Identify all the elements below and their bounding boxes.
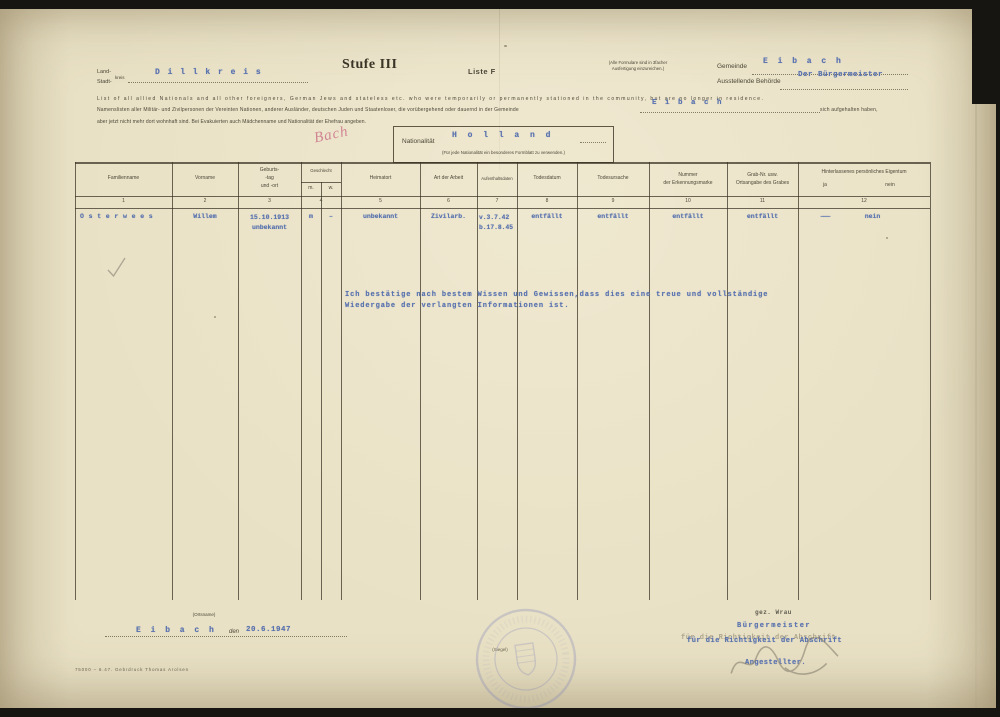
cell-birth-date: 15.10.1913 <box>238 213 301 223</box>
intro-line3-german: aber jetzt nicht mehr dort wohnhaft sind… <box>97 119 366 125</box>
col-header-geburt-l3: und -ort <box>238 182 301 190</box>
certification-line1: Ich bestätige nach bestem Wissen und Gew… <box>345 290 768 301</box>
col-header-grab: Grab-Nr. usw. Ortsangabe des Grabes <box>727 171 798 187</box>
table-header-rule <box>75 196 930 197</box>
cell-sex-w: – <box>321 213 341 220</box>
intro-line2-german: Namenslisten aller Militär- und Zivilper… <box>97 107 519 113</box>
table-column-line <box>420 162 421 600</box>
cell-property-ja: ——— <box>803 213 847 220</box>
col-header-vorname: Vorname <box>172 175 238 181</box>
cell-grave: entfällt <box>727 213 798 220</box>
kreis-fill-line <box>128 81 308 83</box>
col-num-9: 9 <box>577 198 649 204</box>
col-num-4: 4 <box>301 198 341 204</box>
col-header-grab-l2: Ortsangabe des Grabes <box>727 179 798 187</box>
table-column-line <box>517 162 518 600</box>
cell-home-town: unbekannt <box>341 213 420 220</box>
table-column-line <box>75 162 76 600</box>
kreis-value: D i l l k r e i s <box>155 68 262 77</box>
cell-birth: 15.10.1913 unbekannt <box>238 213 301 233</box>
nationality-value: H o l l a n d <box>452 131 553 140</box>
table-column-line <box>798 162 799 600</box>
intro-community-value: E i b a c h <box>652 99 724 107</box>
col-header-marke-l1: Nummer <box>649 171 727 179</box>
sex-split-line <box>321 182 322 600</box>
den-label: den <box>229 629 239 635</box>
col-header-geschlecht: Geschlecht <box>301 168 341 173</box>
col-subheader-ja: ja <box>810 182 840 188</box>
certification-line2: Wiedergabe der verlangten Informationen … <box>345 301 768 312</box>
col-header-eigentum: Hinterlassenes persönliches Eigentum <box>798 169 930 175</box>
cell-surname: O s t e r w e e s <box>80 213 172 220</box>
nationality-fill-line <box>580 141 606 143</box>
cell-birth-place: unbekannt <box>238 223 301 233</box>
col-header-marke: Nummer der Erkennungsmarke <box>649 171 727 187</box>
col-header-aufenthalt: Aufenthaltsdaten <box>477 176 517 181</box>
col-header-geburt: Geburts- -tag und -ort <box>238 166 301 190</box>
gemeinde-value: E i b a c h <box>763 57 843 66</box>
handwritten-signature <box>726 637 858 681</box>
col-header-marke-l2: der Erkennungsmarke <box>649 179 727 187</box>
land-label: Land- <box>97 69 111 75</box>
cell-stay-from: v.3.7.42 <box>479 213 517 223</box>
table-column-line <box>930 162 931 600</box>
cell-id-tag: entfällt <box>649 213 727 220</box>
col-num-10: 10 <box>649 198 727 204</box>
col-num-3: 3 <box>238 198 301 204</box>
cell-property-nein: nein <box>850 213 895 220</box>
table-column-line <box>341 162 342 600</box>
intro-line2-end: sich aufgehalten haben, <box>820 107 878 113</box>
col-num-6: 6 <box>420 198 477 204</box>
cell-death-date: entfällt <box>517 213 577 220</box>
col-num-1: 1 <box>75 198 172 204</box>
col-subheader-w: w. <box>321 185 341 191</box>
pencil-tick-mark <box>106 255 128 281</box>
table-column-line <box>172 162 173 600</box>
table-column-line <box>577 162 578 600</box>
print-code: 75000 – 6.47. Gebrdruck Thomas Arolsen <box>75 667 189 672</box>
footer-date-value: 20.6.1947 <box>246 626 291 634</box>
footer-signed-line: gez. Wrau <box>755 609 792 616</box>
col-header-geburt-l2: -tag <box>238 174 301 182</box>
right-edge-fold <box>975 9 977 708</box>
kreis-label: kreis <box>115 75 125 80</box>
table-column-line <box>301 162 302 600</box>
col-num-2: 2 <box>172 198 238 204</box>
intro-fill-line <box>640 111 820 113</box>
col-header-heimatort: Heimatort <box>341 175 420 181</box>
cell-sex-m: m <box>301 213 321 220</box>
cell-first-name: Willem <box>172 213 238 220</box>
table-top-rule <box>75 162 930 164</box>
nationality-box: Nationalität H o l l a n d (Für jede Nat… <box>393 126 614 163</box>
scan-edge-black-notch <box>972 0 1000 104</box>
col-num-12: 12 <box>798 198 930 204</box>
red-pencil-annotation: Bach <box>313 124 351 148</box>
nationality-label: Nationalität <box>402 138 435 145</box>
table-column-line <box>727 162 728 600</box>
col-header-todesdatum: Todesdatum <box>517 175 577 181</box>
cell-work-type: Zivilarb. <box>420 213 477 220</box>
liste-label: Liste F <box>468 67 496 76</box>
copies-note-line2: Ausfertigung einzureichen.) <box>582 66 694 72</box>
table-column-line <box>477 162 478 600</box>
footer-place-value: E i b a c h <box>136 626 216 635</box>
col-header-geburt-l1: Geburts- <box>238 166 301 174</box>
cell-death-cause: entfällt <box>577 213 649 220</box>
date-fill-line <box>105 635 347 637</box>
col-header-grab-l1: Grab-Nr. usw. <box>727 171 798 179</box>
col-subheader-nein: nein <box>870 182 910 188</box>
gemeinde-label: Gemeinde <box>717 63 747 70</box>
footer-title-line: Bürgermeister <box>737 622 811 630</box>
ortsname-note: (Ortsname) <box>184 612 224 617</box>
behoerde-fill-line <box>780 88 908 90</box>
table-number-rule <box>75 208 930 209</box>
col-num-5: 5 <box>341 198 420 204</box>
cell-stay: v.3.7.42 b.17.8.45 <box>479 213 517 233</box>
col-header-todesursache: Todesursache <box>577 175 649 181</box>
col-num-8: 8 <box>517 198 577 204</box>
scan-viewport: Stufe III Liste F (Alle Formulare sind i… <box>0 0 1000 717</box>
copies-note: (Alle Formulare sind in 3facher Ausferti… <box>582 60 694 72</box>
noise-speck <box>504 45 507 47</box>
col-num-11: 11 <box>727 198 798 204</box>
cell-stay-to: b.17.8.45 <box>479 223 517 233</box>
certification-statement: Ich bestätige nach bestem Wissen und Gew… <box>345 290 768 312</box>
col-num-7: 7 <box>477 198 517 204</box>
persons-table: Familienname Vorname Geburts- -tag und -… <box>75 162 931 600</box>
col-header-arbeit: Art der Arbeit <box>420 175 477 181</box>
stadt-label: Stadt- <box>97 79 112 85</box>
col-subheader-m: m. <box>301 185 321 191</box>
form-page: Stufe III Liste F (Alle Formulare sind i… <box>0 9 996 708</box>
table-column-line <box>649 162 650 600</box>
behoerde-value: Der Bürgermeister <box>798 71 883 79</box>
nationality-note: (Für jede Nationalität ein besonderes Fo… <box>400 150 607 155</box>
official-seal-stamp <box>468 601 584 708</box>
col-header-familienname: Familienname <box>75 175 172 181</box>
behoerde-label: Ausstellende Behörde <box>717 78 781 85</box>
form-title: Stufe III <box>342 57 397 73</box>
